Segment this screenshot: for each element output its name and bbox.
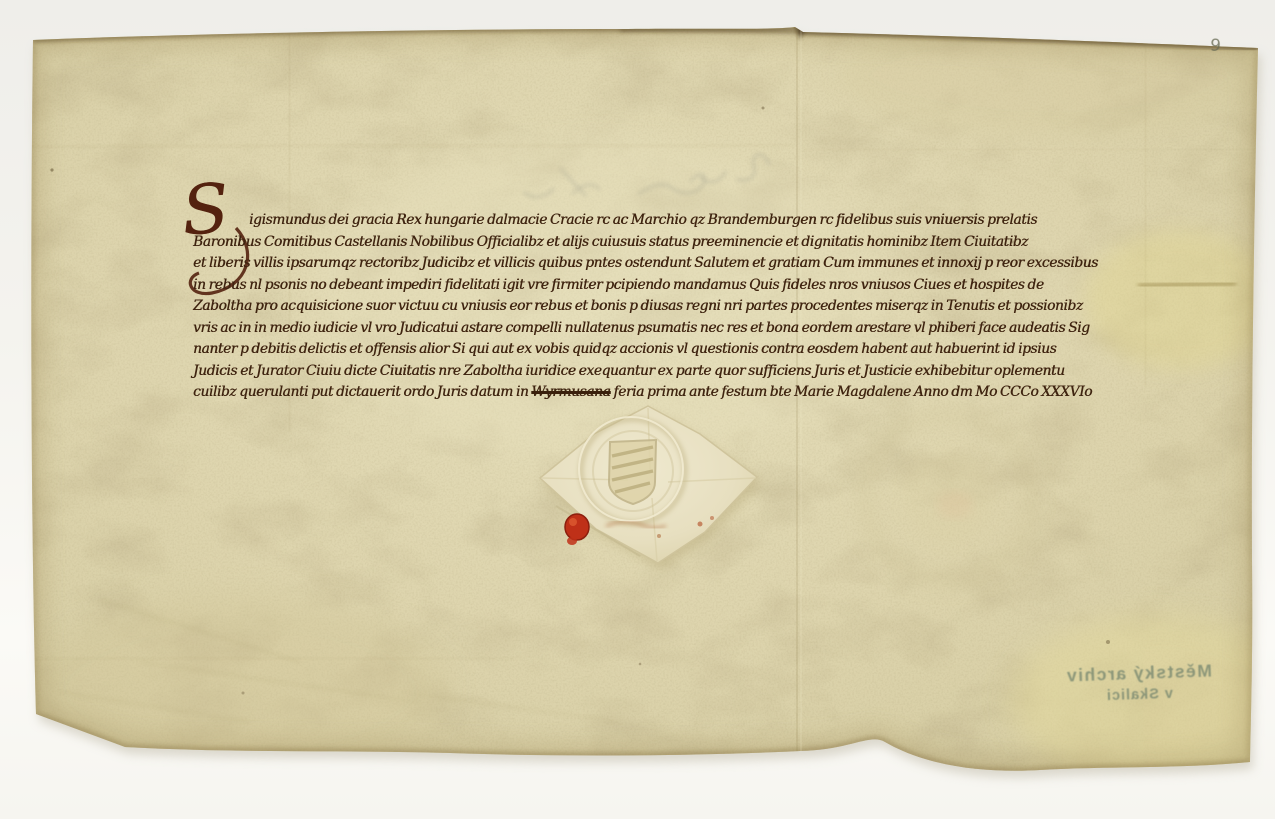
- rust-dot: [710, 516, 714, 520]
- rust-dot: [657, 534, 661, 538]
- line9-pre: cuilibz querulanti put dictauerit ordo J…: [193, 384, 531, 400]
- archival-number: 9: [1209, 36, 1222, 57]
- fold-crease-highlight: [800, 27, 801, 788]
- seal-ghost-pink-spot: [937, 491, 973, 519]
- charter-line-9: cuilibz querulanti put dictauerit ordo J…: [193, 382, 1138, 404]
- red-wax-droplet: [567, 537, 577, 545]
- rust-dot: [698, 522, 703, 527]
- line9-post: feria prima ante festum bte Marie Magdal…: [610, 384, 1092, 400]
- charter-text-block: igismundus dei gracia Rex hungarie dalma…: [193, 210, 1138, 404]
- charter-line-2: Baronibus Comitibus Castellanis Nobilibu…: [193, 232, 1138, 254]
- fold-crease-vertical-right: [1145, 45, 1146, 390]
- charter-line-4: in rebus nl psonis no debeant impediri f…: [193, 275, 1138, 297]
- charter-line-8: Judicis et Jurator Ciuiu dicte Ciuitatis…: [193, 361, 1138, 383]
- struck-word: Wyrmusana: [531, 384, 610, 400]
- charter-line-3: et liberis villis ipsarumqz rectoribz Ju…: [193, 253, 1138, 275]
- charter-line-5: Zaboltha pro acquisicione suor victuu cu…: [193, 296, 1138, 318]
- charter-line-1: igismundus dei gracia Rex hungarie dalma…: [193, 210, 1138, 232]
- top-right-tint: [840, 15, 1260, 135]
- scanned-parchment-photo: S igismundus dei gracia Rex hungarie dal…: [0, 0, 1275, 819]
- archive-stamp: Městský archiv v Skalici: [1032, 659, 1245, 706]
- red-wax-highlight: [569, 518, 577, 526]
- fold-crease-vertical-main: [796, 27, 797, 788]
- dark-streak-right: [1138, 283, 1236, 286]
- red-wax-spot: [565, 514, 589, 540]
- charter-line-7: nanter p debitis delictis et offensis al…: [193, 339, 1138, 361]
- charter-line-6: vris ac in in medio iudicie vl vro Judic…: [193, 318, 1138, 340]
